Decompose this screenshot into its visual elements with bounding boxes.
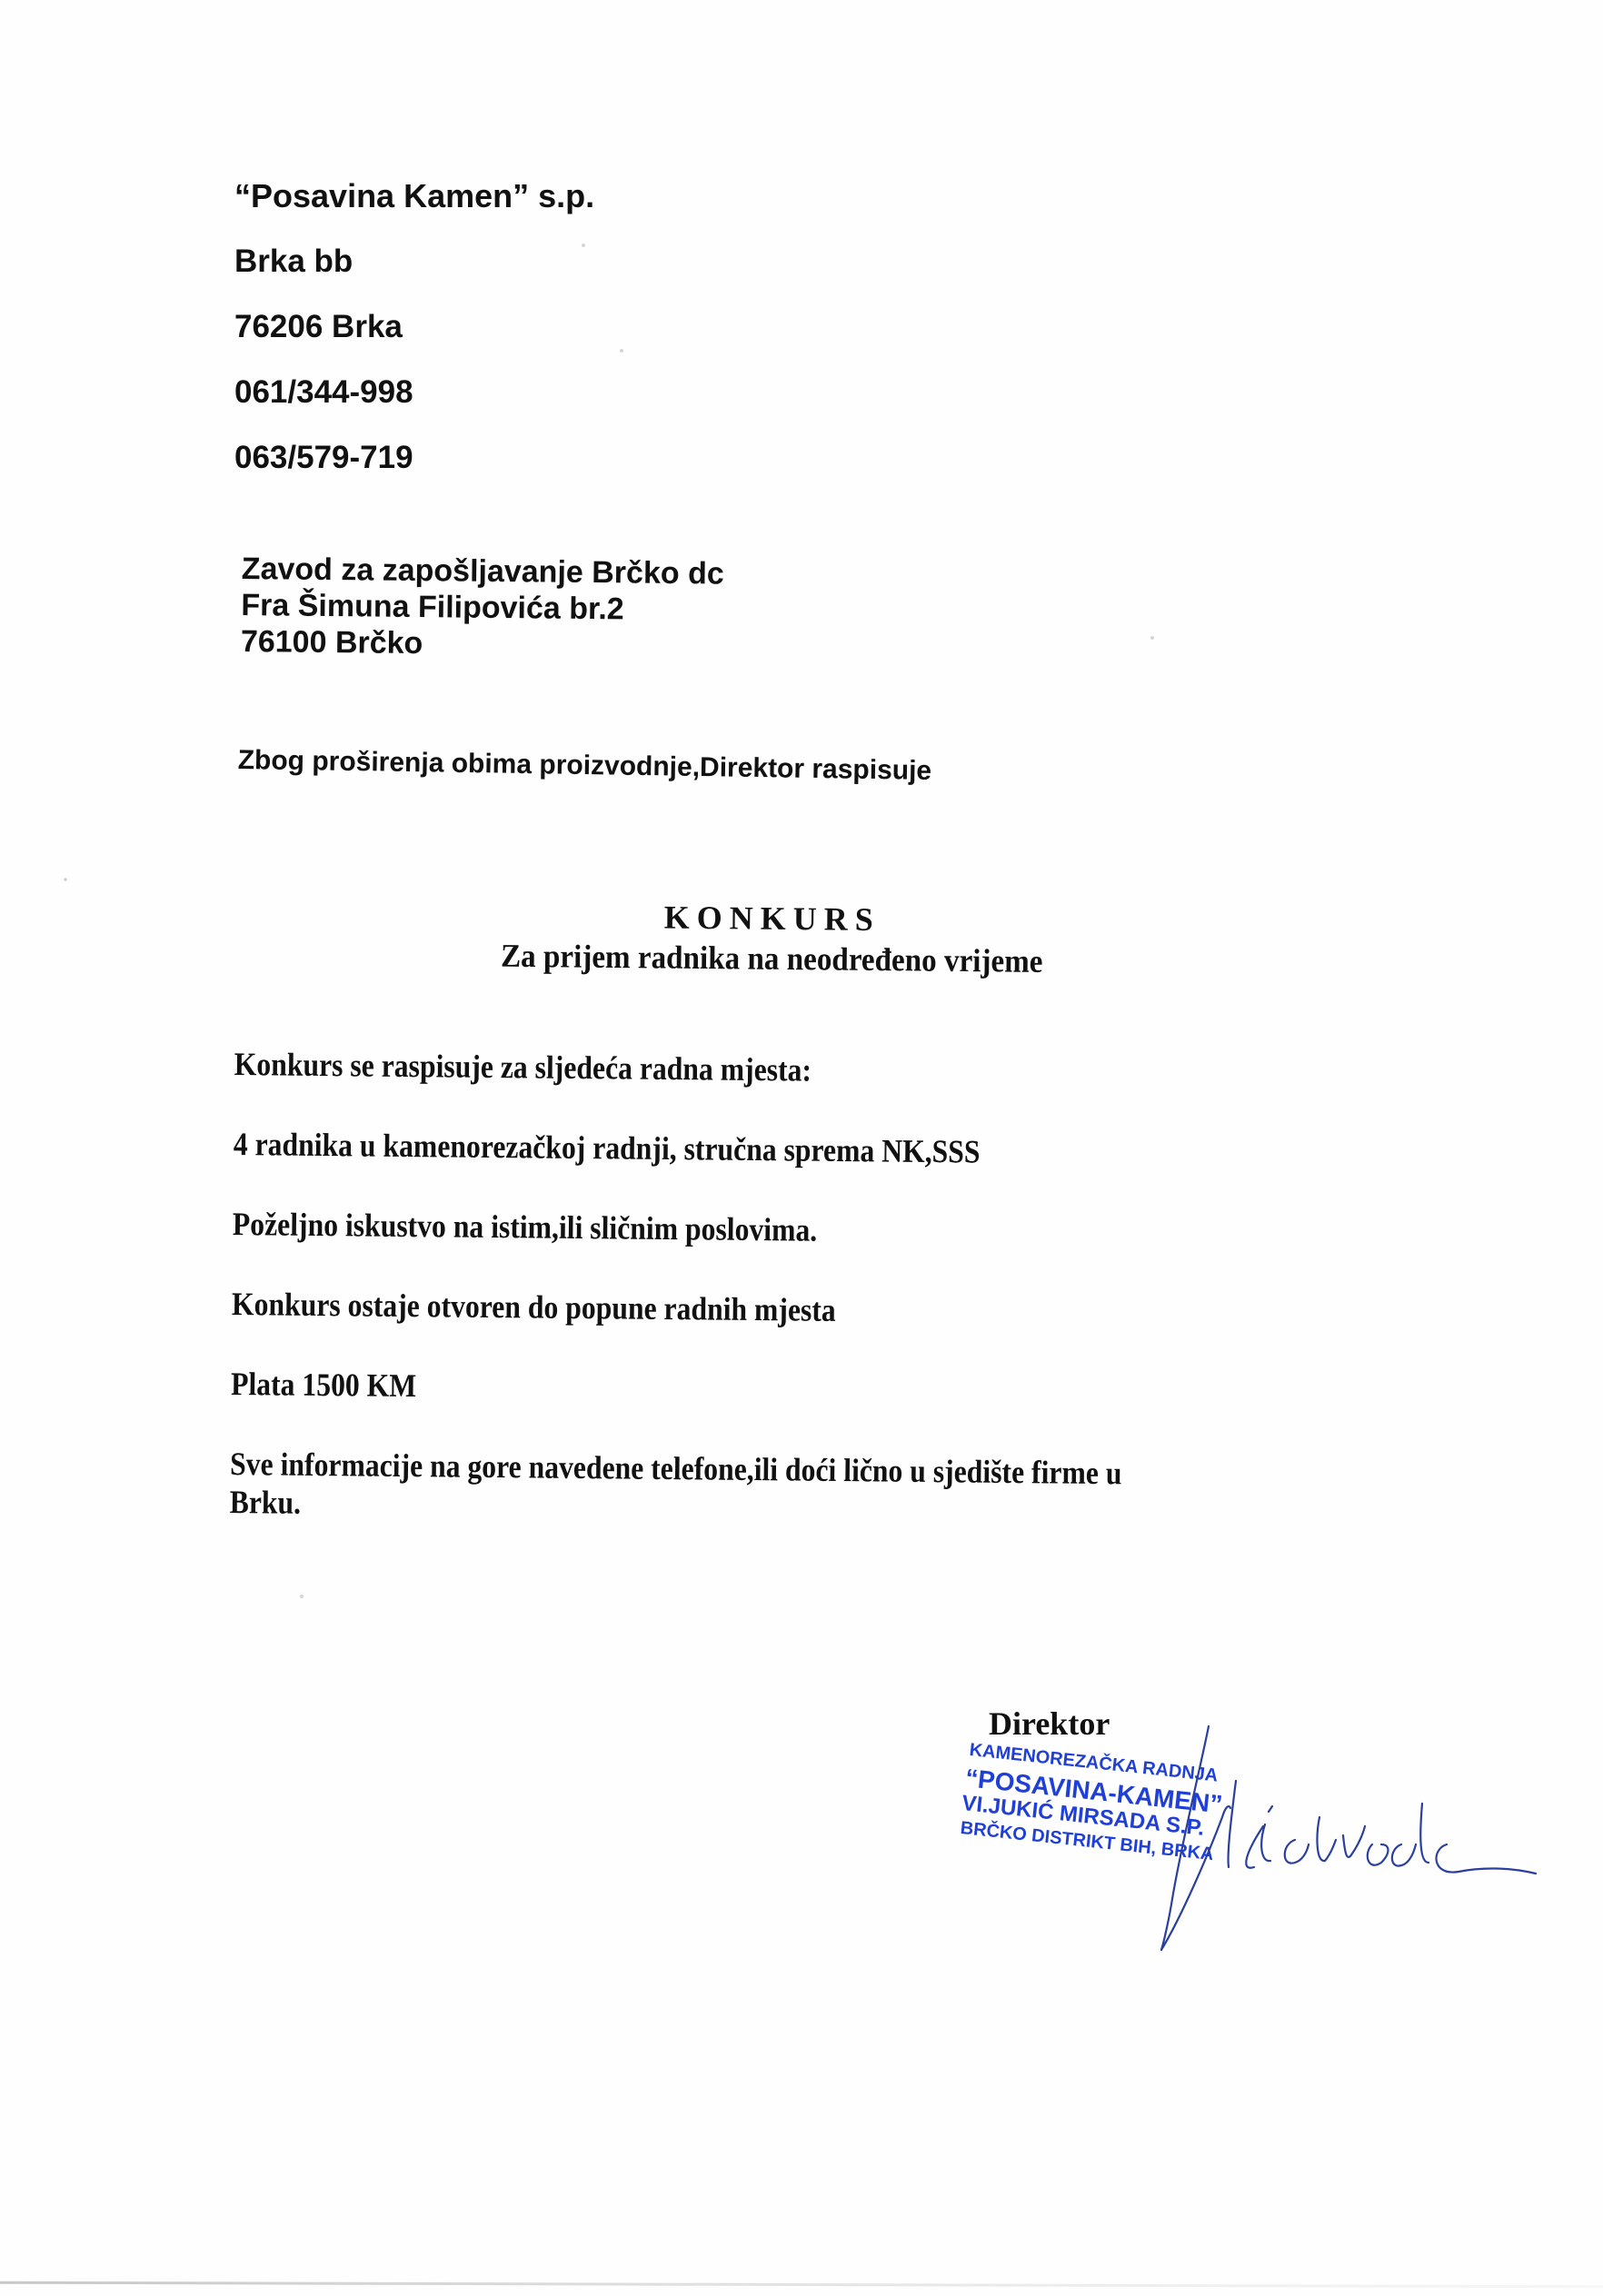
scan-speck: [620, 349, 623, 353]
scan-speck: [300, 1595, 304, 1598]
body-paragraph: Konkurs se raspisuje za sljedeća radna m…: [234, 1045, 1187, 1093]
sender-street: Brka bb: [234, 229, 594, 294]
body-paragraph: 4 radnika u kamenorezačkoj radnji, struč…: [234, 1125, 1186, 1173]
announcement-subtitle: Za prijem radnika na neodređeno vrijeme: [471, 935, 1073, 981]
intro-sentence: Zbog proširenja obima proizvodnje,Direkt…: [237, 745, 931, 787]
scan-speck: [1150, 636, 1154, 640]
announcement-body: Konkurs se raspisuje za sljedeća radna m…: [229, 1045, 1316, 1574]
recipient-street: Fra Šimuna Filipovića br.2: [241, 587, 723, 629]
document-page: “Posavina Kamen” s.p. Brka bb 76206 Brka…: [0, 0, 1603, 2296]
sender-city: 76206 Brka: [234, 294, 594, 360]
scan-bottom-edge: [0, 2281, 1603, 2289]
scan-speck: [64, 878, 67, 881]
body-paragraph: Plata 1500 KM: [231, 1365, 1183, 1413]
sender-phone-1: 061/344-998: [234, 360, 594, 425]
recipient-city: 76100 Brčko: [241, 623, 723, 665]
announcement-title: KONKURS: [445, 895, 1100, 942]
sender-phone-2: 063/579-719: [234, 425, 594, 491]
scan-speck: [582, 244, 585, 247]
body-paragraph: Poželjno iskustvo na istim,ili sličnim p…: [233, 1205, 1185, 1253]
recipient-name: Zavod za zapošljavanje Brčko dc: [242, 551, 724, 592]
announcement-title-block: KONKURS Za prijem radnika na neodređeno …: [444, 895, 1100, 982]
body-paragraph: Konkurs ostaje otvoren do popune radnih …: [232, 1285, 1184, 1333]
handwritten-signature-icon: [1109, 1717, 1581, 1953]
sender-address-block: “Posavina Kamen” s.p. Brka bb 76206 Brka…: [234, 164, 594, 491]
sender-company: “Posavina Kamen” s.p.: [234, 164, 594, 229]
body-paragraph: Sve informacije na gore navedene telefon…: [230, 1445, 1182, 1531]
recipient-address-block: Zavod za zapošljavanje Brčko dc Fra Šimu…: [241, 551, 724, 665]
